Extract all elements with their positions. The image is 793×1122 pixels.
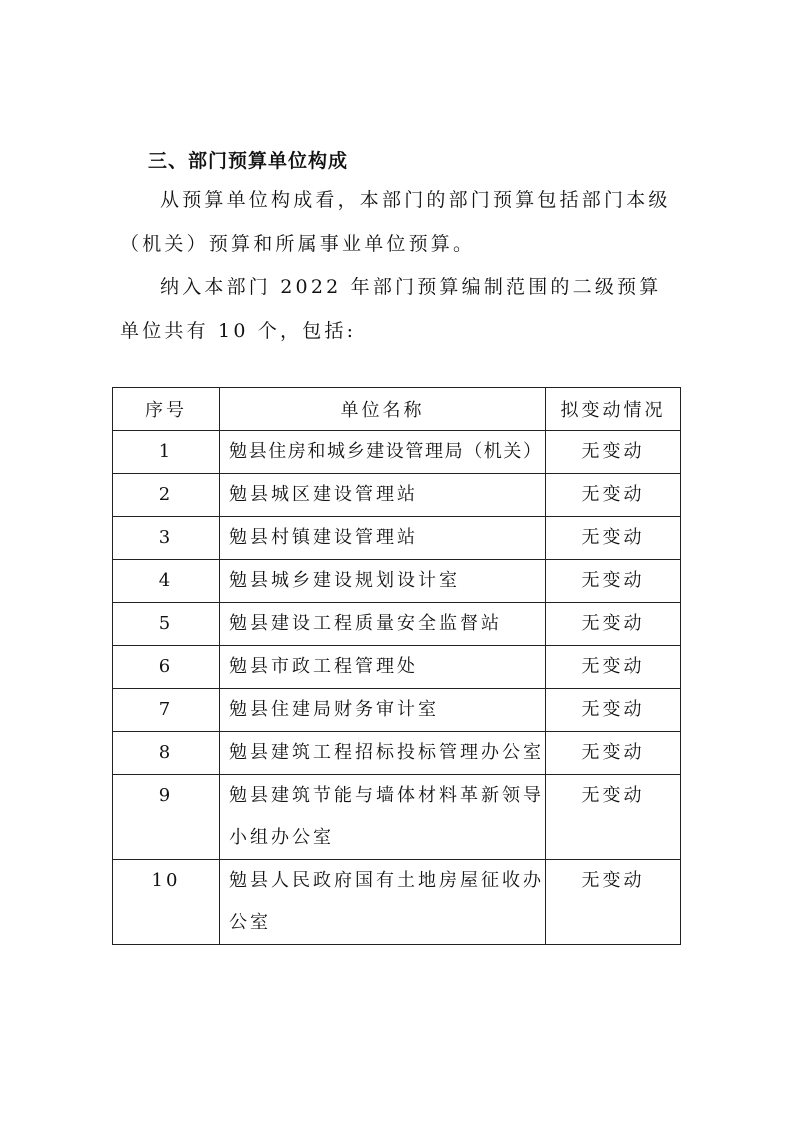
table-row: 1勉县住房和城乡建设管理局（机关）无变动 (113, 431, 681, 474)
table-row: 9勉县建筑节能与墙体材料革新领导小组办公室无变动 (113, 775, 681, 860)
table-row: 6勉县市政工程管理处无变动 (113, 646, 681, 689)
budget-units-table: 序号 单位名称 拟变动情况 1勉县住房和城乡建设管理局（机关）无变动 2勉县城区… (112, 387, 681, 945)
section-heading: 三、部门预算单位构成 (148, 146, 348, 173)
row-unit-name: 勉县建筑工程招标投标管理办公室 (220, 732, 546, 775)
row-index: 7 (113, 689, 220, 732)
row-index: 2 (113, 474, 220, 517)
row-unit-name: 勉县市政工程管理处 (220, 646, 546, 689)
header-change-status: 拟变动情况 (546, 388, 681, 431)
row-unit-name: 勉县建设工程质量安全监督站 (220, 603, 546, 646)
row-index: 6 (113, 646, 220, 689)
row-change-status: 无变动 (546, 860, 681, 945)
row-index: 5 (113, 603, 220, 646)
row-change-status: 无变动 (546, 431, 681, 474)
row-unit-name: 勉县建筑节能与墙体材料革新领导小组办公室 (220, 775, 546, 860)
table-row: 8勉县建筑工程招标投标管理办公室无变动 (113, 732, 681, 775)
row-unit-name: 勉县村镇建设管理站 (220, 517, 546, 560)
row-index: 1 (113, 431, 220, 474)
row-unit-name: 勉县人民政府国有土地房屋征收办公室 (220, 860, 546, 945)
row-change-status: 无变动 (546, 646, 681, 689)
row-change-status: 无变动 (546, 689, 681, 732)
table-row: 7勉县住建局财务审计室无变动 (113, 689, 681, 732)
row-change-status: 无变动 (546, 732, 681, 775)
row-change-status: 无变动 (546, 560, 681, 603)
row-unit-name: 勉县城乡建设规划设计室 (220, 560, 546, 603)
row-index: 4 (113, 560, 220, 603)
table-row: 3勉县村镇建设管理站无变动 (113, 517, 681, 560)
table-row: 4勉县城乡建设规划设计室无变动 (113, 560, 681, 603)
row-unit-name: 勉县城区建设管理站 (220, 474, 546, 517)
paragraph-unit-composition: 从预算单位构成看，本部门的部门预算包括部门本级（机关）预算和所属事业单位预算。 (120, 178, 680, 266)
row-index: 9 (113, 775, 220, 860)
table-row: 10勉县人民政府国有土地房屋征收办公室无变动 (113, 860, 681, 945)
row-change-status: 无变动 (546, 517, 681, 560)
header-index: 序号 (113, 388, 220, 431)
row-index: 10 (113, 860, 220, 945)
row-change-status: 无变动 (546, 603, 681, 646)
header-unit-name: 单位名称 (220, 388, 546, 431)
table-row: 5勉县建设工程质量安全监督站无变动 (113, 603, 681, 646)
row-change-status: 无变动 (546, 474, 681, 517)
paragraph-unit-count: 纳入本部门 2022 年部门预算编制范围的二级预算单位共有 10 个，包括: (120, 265, 680, 353)
row-index: 8 (113, 732, 220, 775)
row-unit-name: 勉县住房和城乡建设管理局（机关） (220, 431, 546, 474)
row-change-status: 无变动 (546, 775, 681, 860)
row-unit-name: 勉县住建局财务审计室 (220, 689, 546, 732)
table-row: 2勉县城区建设管理站无变动 (113, 474, 681, 517)
row-index: 3 (113, 517, 220, 560)
table-header-row: 序号 单位名称 拟变动情况 (113, 388, 681, 431)
